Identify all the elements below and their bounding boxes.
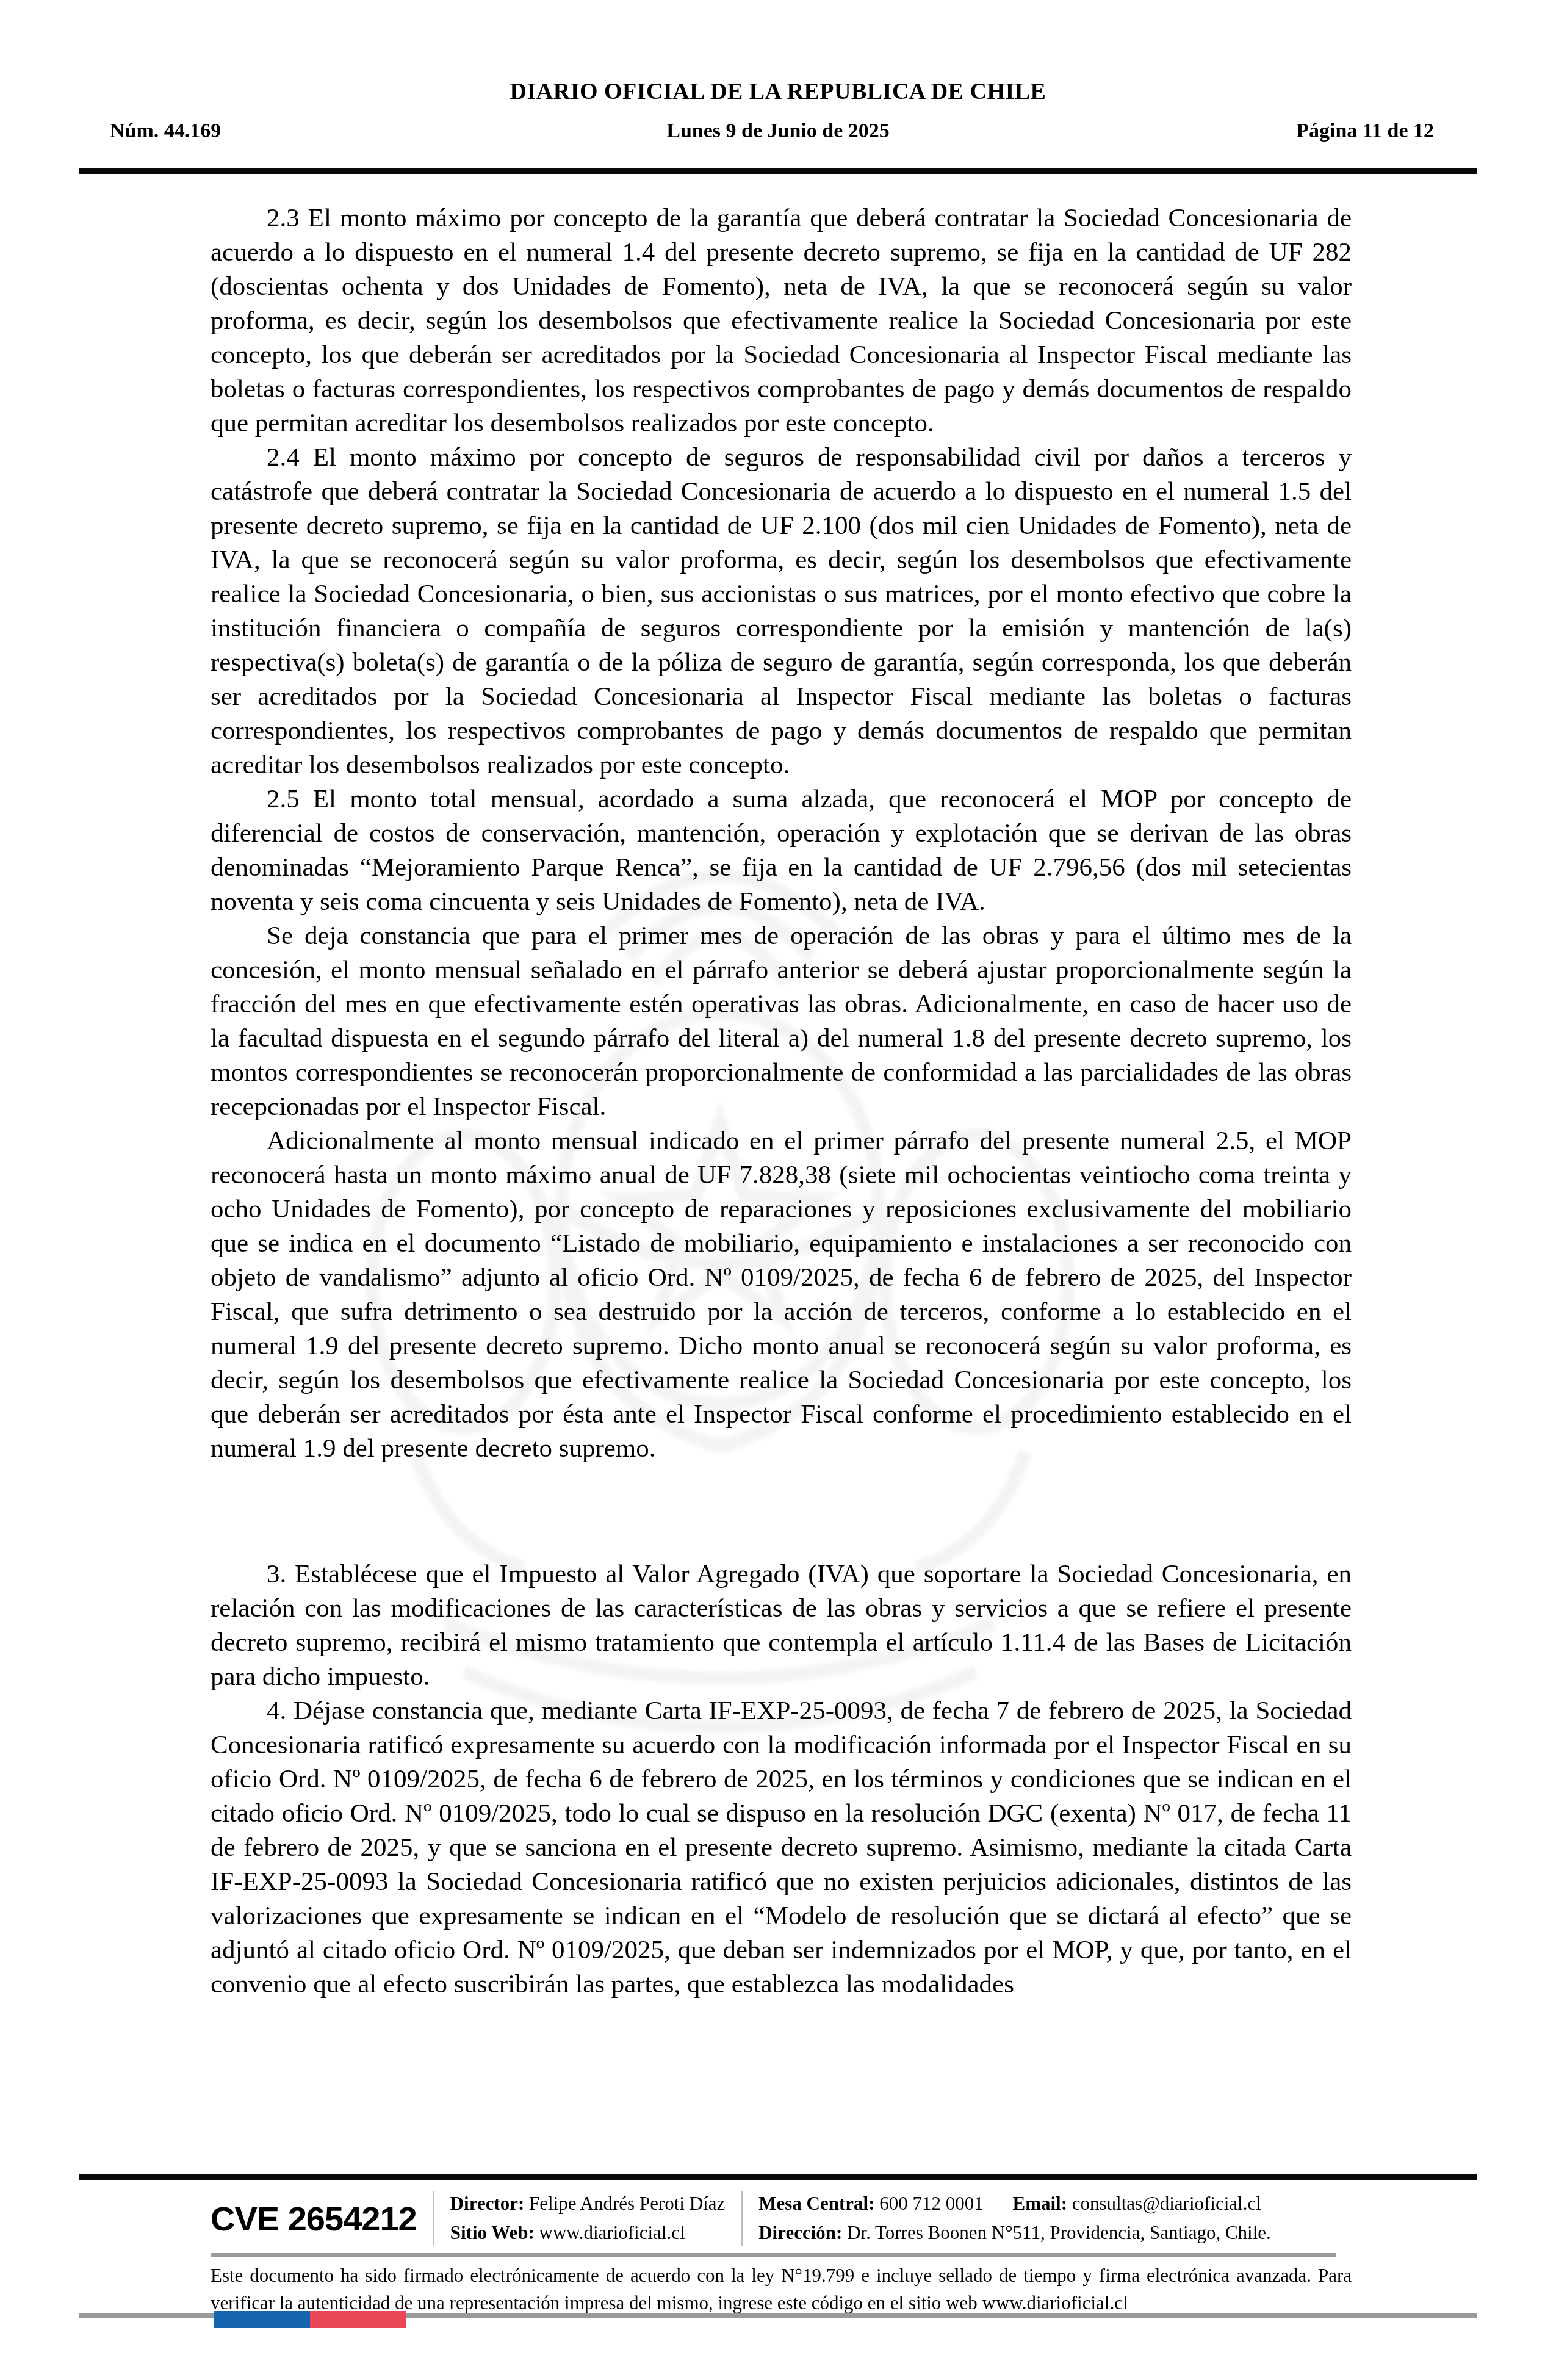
flag-blue-block: [214, 2311, 310, 2328]
header-divider: [79, 168, 1477, 174]
signature-disclaimer: Este documento ha sido firmado electróni…: [211, 2262, 1352, 2317]
address-row: Dirección: Dr. Torres Boonen N°511, Prov…: [758, 2218, 1271, 2248]
website-label: Sitio Web:: [450, 2222, 535, 2243]
email-label: Email:: [1012, 2193, 1067, 2214]
phone-email-row: Mesa Central: 600 712 0001 Email: consul…: [758, 2189, 1271, 2218]
footer-divider: [79, 2174, 1477, 2180]
website-value: www.diarioficial.cl: [539, 2222, 685, 2243]
footer-info: CVE 2654212 Director: Felipe Andrés Pero…: [211, 2186, 1352, 2251]
paragraph-constancia: Se deja constancia que para el primer me…: [211, 919, 1352, 1124]
cve-code: CVE 2654212: [211, 2199, 417, 2238]
footer-column-director: Director: Felipe Andrés Peroti Díaz Siti…: [450, 2189, 726, 2248]
footer-vertical-divider: [433, 2191, 434, 2246]
paragraph-adicional: Adicionalmente al monto mensual indicado…: [211, 1124, 1352, 1466]
page-indicator: Página 11 de 12: [1296, 120, 1434, 143]
phone-value: 600 712 0001: [879, 2193, 984, 2214]
document-page: DIARIO OFICIAL DE LA REPUBLICA DE CHILE …: [0, 0, 1556, 2380]
address-label: Dirección:: [758, 2222, 842, 2243]
paragraph-2-4: 2.4 El monto máximo por concepto de segu…: [211, 441, 1352, 782]
director-label: Director:: [450, 2193, 525, 2214]
director-row: Director: Felipe Andrés Peroti Díaz: [450, 2189, 726, 2218]
phone-label: Mesa Central:: [758, 2193, 874, 2214]
director-value: Felipe Andrés Peroti Díaz: [529, 2193, 725, 2214]
paragraph-4: 4. Déjase constancia que, mediante Carta…: [211, 1694, 1352, 2002]
email-value: consultas@diarioficial.cl: [1072, 2193, 1261, 2214]
paragraph-2-3: 2.3 El monto máximo por concepto de la g…: [211, 201, 1352, 441]
section-gap: [211, 1466, 1352, 1557]
chile-flag-mark: [214, 2311, 406, 2328]
header-meta-row: Núm. 44.169 Lunes 9 de Junio de 2025 Pág…: [0, 120, 1556, 146]
footer-column-contact: Mesa Central: 600 712 0001 Email: consul…: [758, 2189, 1271, 2248]
publication-title: DIARIO OFICIAL DE LA REPUBLICA DE CHILE: [0, 78, 1556, 105]
address-value: Dr. Torres Boonen N°511, Providencia, Sa…: [847, 2222, 1271, 2243]
flag-red-block: [310, 2311, 406, 2328]
website-row: Sitio Web: www.diarioficial.cl: [450, 2218, 726, 2248]
document-body: 2.3 El monto máximo por concepto de la g…: [211, 201, 1352, 2002]
footer-gray-divider: [211, 2253, 1336, 2257]
paragraph-2-5: 2.5 El monto total mensual, acordado a s…: [211, 782, 1352, 919]
footer-vertical-divider: [741, 2191, 743, 2246]
paragraph-3: 3. Establécese que el Impuesto al Valor …: [211, 1557, 1352, 1694]
